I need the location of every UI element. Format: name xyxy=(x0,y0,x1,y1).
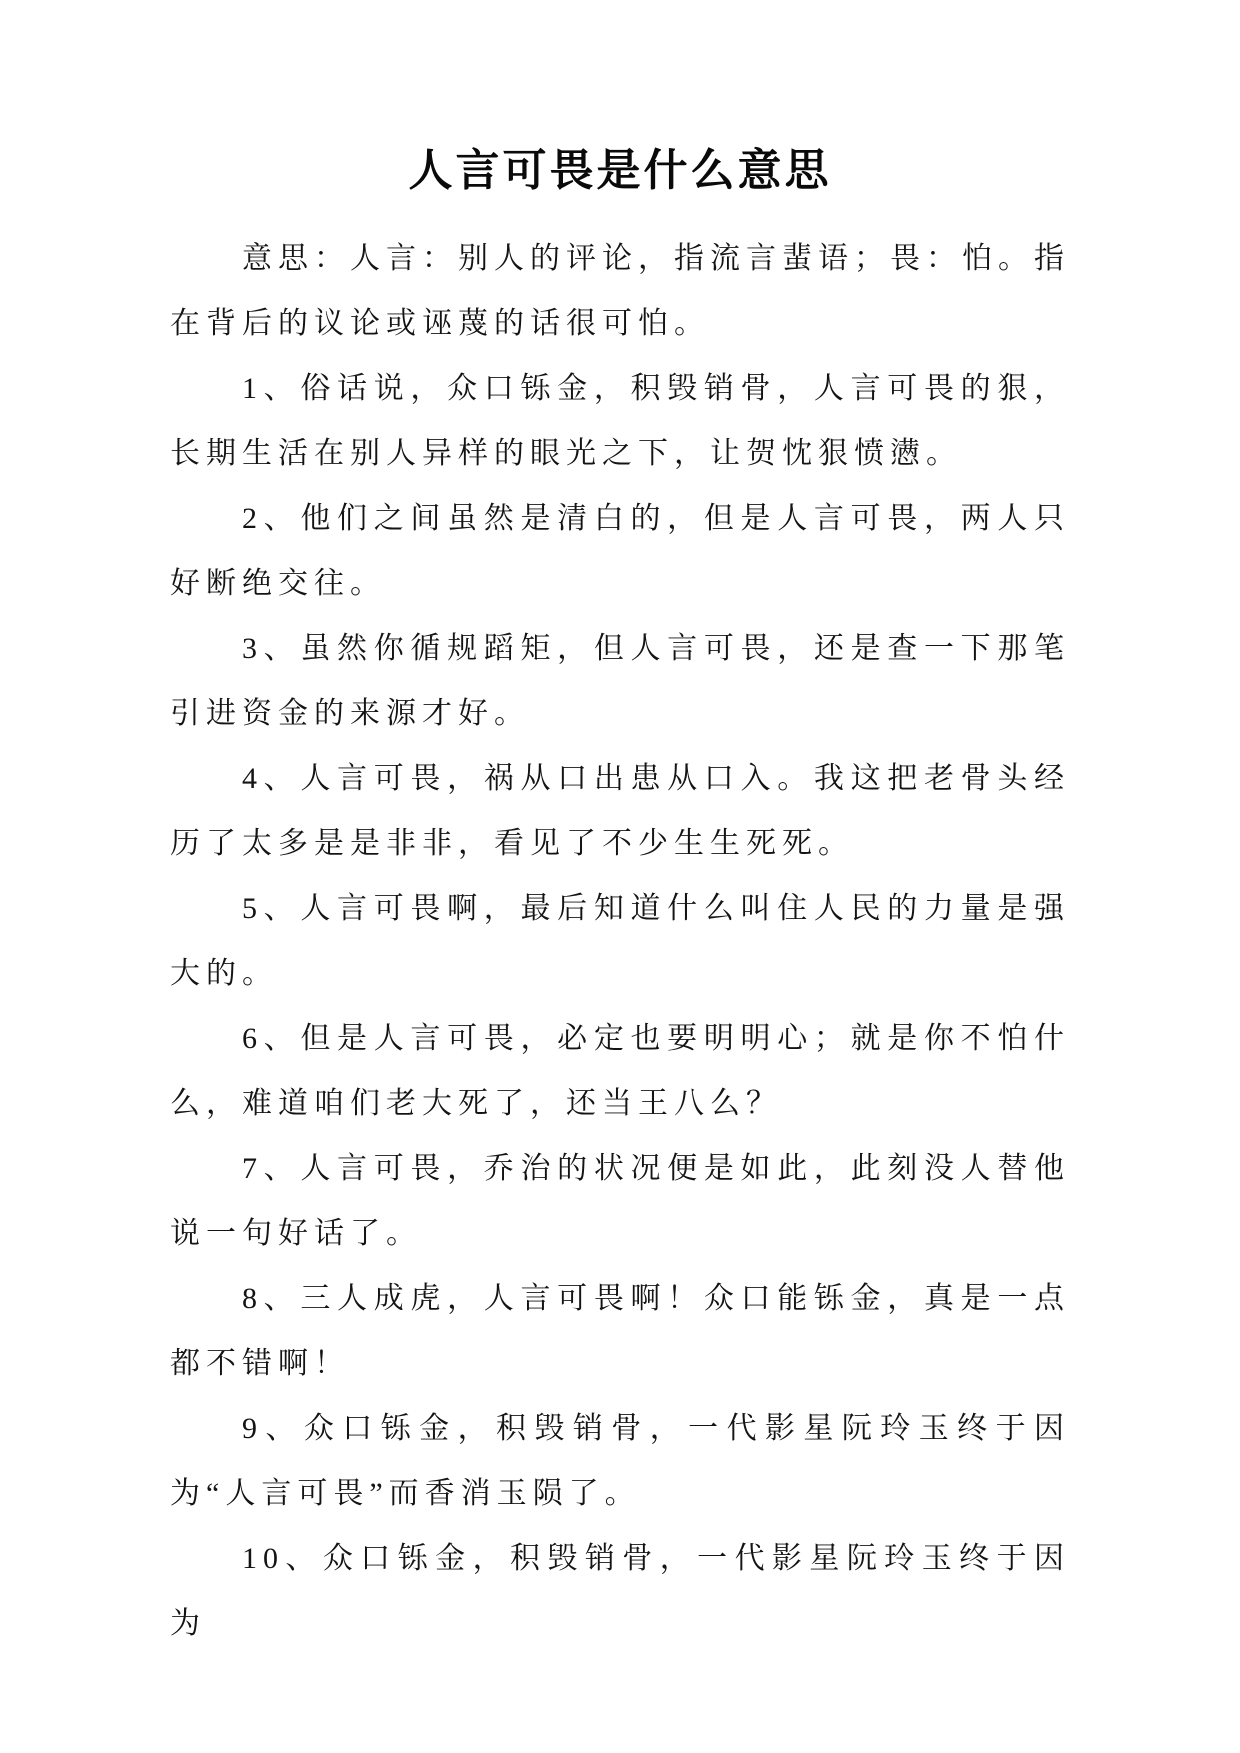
paragraph: 1、俗话说，众口铄金，积毁销骨，人言可畏的狠，长期生活在别人异样的眼光之下，让贺… xyxy=(170,356,1070,486)
paragraph: 6、但是人言可畏，必定也要明明心；就是你不怕什么，难道咱们老大死了，还当王八么？ xyxy=(170,1006,1070,1136)
paragraph: 5、人言可畏啊，最后知道什么叫住人民的力量是强大的。 xyxy=(170,876,1070,1006)
document-body: 意思：人言：别人的评论，指流言蜚语；畏：怕。指在背后的议论或诬蔑的话很可怕。1、… xyxy=(170,226,1070,1656)
paragraph: 4、人言可畏，祸从口出患从口入。我这把老骨头经历了太多是是非非，看见了不少生生死… xyxy=(170,746,1070,876)
paragraph: 7、人言可畏，乔治的状况便是如此，此刻没人替他说一句好话了。 xyxy=(170,1136,1070,1266)
document-title: 人言可畏是什么意思 xyxy=(170,142,1070,200)
paragraph: 2、他们之间虽然是清白的，但是人言可畏，两人只好断绝交往。 xyxy=(170,486,1070,616)
paragraph: 3、虽然你循规蹈矩，但人言可畏，还是查一下那笔引进资金的来源才好。 xyxy=(170,616,1070,746)
paragraph: 8、三人成虎，人言可畏啊！众口能铄金，真是一点都不错啊！ xyxy=(170,1266,1070,1396)
document-page: 人言可畏是什么意思 意思：人言：别人的评论，指流言蜚语；畏：怕。指在背后的议论或… xyxy=(0,0,1240,1753)
paragraph: 意思：人言：别人的评论，指流言蜚语；畏：怕。指在背后的议论或诬蔑的话很可怕。 xyxy=(170,226,1070,356)
paragraph: 9、众口铄金，积毁销骨，一代影星阮玲玉终于因为“人言可畏”而香消玉陨了。 xyxy=(170,1396,1070,1526)
paragraph: 10、众口铄金，积毁销骨，一代影星阮玲玉终于因为 xyxy=(170,1526,1070,1656)
